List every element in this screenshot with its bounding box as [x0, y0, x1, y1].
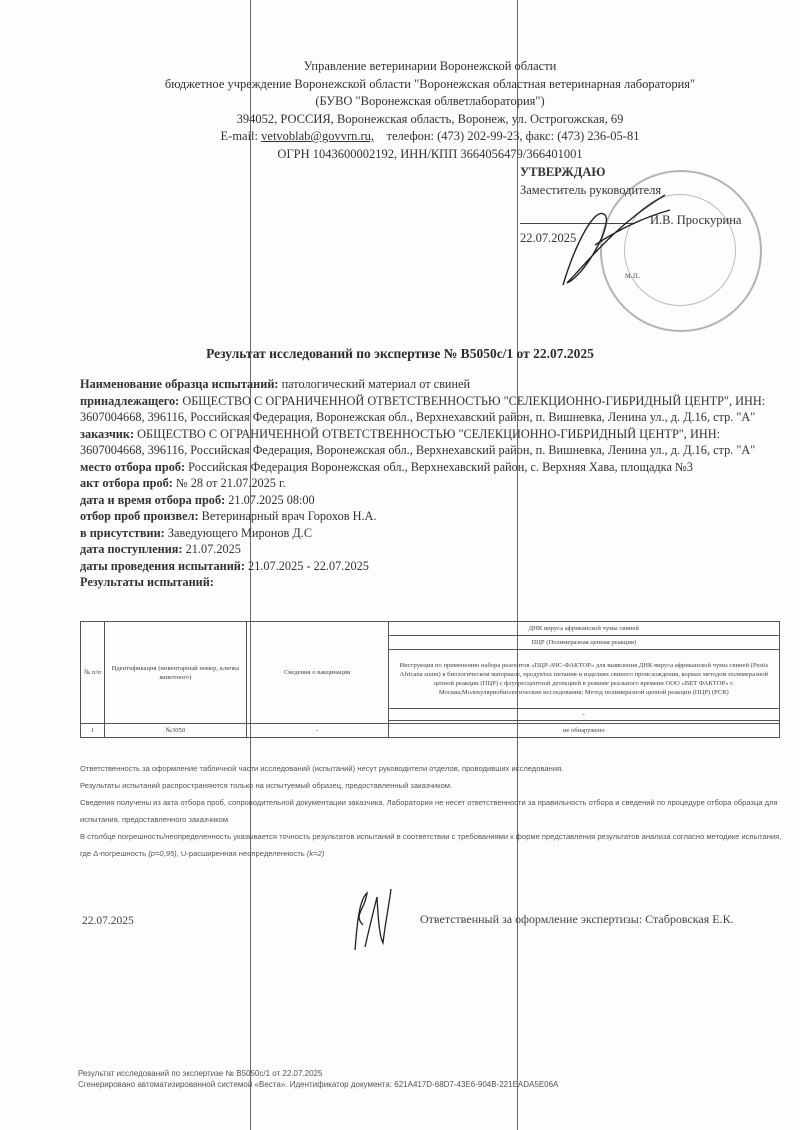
- note-scope: Результаты испытаний распространяются то…: [80, 777, 790, 794]
- field-sample-name: Наименование образца испытаний: патологи…: [80, 376, 780, 393]
- field-sampled-by: отбор проб произвел: Ветеринарный врач Г…: [80, 508, 780, 525]
- bottom-doc-id: Сгенерировано автоматизированной системо…: [78, 1079, 788, 1090]
- header-address: 394052, РОССИЯ, Воронежская область, Вор…: [100, 111, 760, 129]
- results-table: № п/п Идентификация (инвентарный номер, …: [80, 621, 780, 738]
- field-results-heading: Результаты испытаний:: [80, 574, 780, 591]
- header-line-2: бюджетное учреждение Воронежской области…: [100, 76, 760, 94]
- header-units: -: [388, 709, 779, 721]
- header-vaccination: Сведения о вакцинации: [246, 622, 388, 724]
- field-sampling-act: акт отбора проб: № 28 от 21.07.2025 г.: [80, 475, 780, 492]
- cell-vaccination: -: [246, 724, 388, 738]
- email-label: E-mail:: [221, 129, 259, 143]
- note-sampling-info: Сведения получены из акта отбора проб, с…: [80, 794, 790, 828]
- table-header-row-1: № п/п Идентификация (инвентарный номер, …: [81, 622, 780, 636]
- document-title: Результат исследований по экспертизе № B…: [0, 346, 800, 362]
- notes-section: Ответственность за оформление табличной …: [80, 760, 790, 862]
- field-sampling-datetime: дата и время отбора проб: 21.07.2025 08:…: [80, 492, 780, 509]
- header-indicator: ДНК вируса африканской чумы свиней: [388, 622, 779, 636]
- document-page: Управление ветеринарии Воронежской облас…: [0, 0, 800, 1130]
- scan-artifact-line: [517, 0, 518, 1130]
- table-row: 1 №3050 - не обнаружено: [81, 724, 780, 738]
- cell-result: не обнаружено: [388, 724, 779, 738]
- bottom-doc-ref: Результат исследований по экспертизе № B…: [78, 1068, 788, 1079]
- scan-artifact-line: [250, 0, 251, 1130]
- cell-num: 1: [81, 724, 105, 738]
- header-line-1: Управление ветеринарии Воронежской облас…: [100, 58, 760, 76]
- generation-info: Результат исследований по экспертизе № B…: [78, 1068, 788, 1090]
- approval-title: УТВЕРЖДАЮ: [520, 165, 770, 180]
- phone-fax: телефон: (473) 202-99-23, факс: (473) 23…: [387, 129, 640, 143]
- field-received-date: дата поступления: 21.07.2025: [80, 541, 780, 558]
- organization-header: Управление ветеринарии Воронежской облас…: [100, 58, 760, 163]
- note-uncertainty: В столбце погрешность/неопределенность у…: [80, 828, 790, 862]
- responsible-person: Ответственный за оформление экспертизы: …: [420, 912, 734, 927]
- header-method-full: Инструкция по применению набора реагенто…: [388, 650, 779, 709]
- footer-date: 22.07.2025: [82, 915, 134, 927]
- field-owner: принадлежащего: ОБЩЕСТВО С ОГРАНИЧЕННОЙ …: [80, 393, 780, 426]
- header-identification: Идентификация (инвентарный номер, кличка…: [104, 622, 246, 724]
- header-ogrn: ОГРН 1043600002192, ИНН/КПП 3664056479/3…: [100, 146, 760, 164]
- responsible-signature-icon: [345, 885, 395, 955]
- approver-signature-icon: [555, 185, 675, 295]
- sample-info-fields: Наименование образца испытаний: патологи…: [80, 376, 780, 591]
- header-contacts: E-mail: vetvoblab@govvrn.ru, телефон: (4…: [100, 128, 760, 146]
- header-num: № п/п: [81, 622, 105, 724]
- field-sampling-place: место отбора проб: Российская Федерация …: [80, 459, 780, 476]
- field-customer: заказчик: ОБЩЕСТВО С ОГРАНИЧЕННОЙ ОТВЕТС…: [80, 426, 780, 459]
- cell-identification: №3050: [104, 724, 246, 738]
- field-presence: в присутствии: Заведующего Миронов Д.С: [80, 525, 780, 542]
- field-test-dates: даты проведения испытаний: 21.07.2025 - …: [80, 558, 780, 575]
- header-method-short: ПЦР (Полимеразная цепная реакция): [388, 636, 779, 650]
- email-link[interactable]: vetvoblab@govvrn.ru,: [261, 129, 374, 143]
- note-responsibility: Ответственность за оформление табличной …: [80, 760, 790, 777]
- header-line-3: (БУВО "Воронежская облветлаборатория"): [100, 93, 760, 111]
